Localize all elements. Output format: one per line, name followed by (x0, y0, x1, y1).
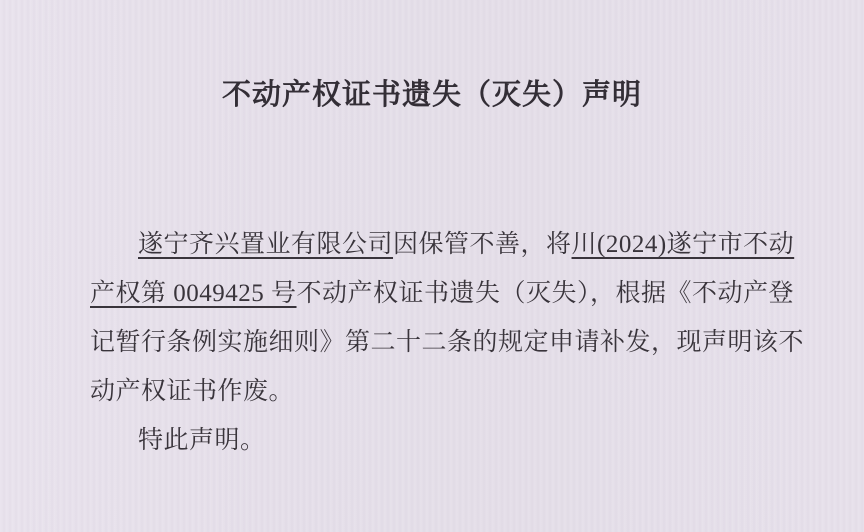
line-1-plain-text: 因保管不善，将 (393, 231, 572, 258)
line-2-plain-text: 不动产权证书遗失（灭失），根据《不动产登 (297, 280, 795, 307)
underlined-company-name: 遂宁齐兴置业有限公司 (138, 231, 393, 258)
scanned-document-page: 不动产权证书遗失（灭失）声明 遂宁齐兴置业有限公司因保管不善，将川(2024)遂… (0, 0, 864, 532)
paragraph-line-3: 记暂行条例实施细则》第二十二条的规定申请补发，现声明该不 (90, 318, 800, 367)
paragraph-line-5-closing-statement: 特此声明。 (90, 416, 800, 465)
underlined-certificate-number-part-1: 川(2024)遂宁市不动 (572, 231, 795, 258)
paragraph-line-4: 动产权证书作废。 (90, 367, 800, 416)
paragraph-line-1: 遂宁齐兴置业有限公司因保管不善，将川(2024)遂宁市不动 (90, 220, 800, 269)
paragraph-line-2: 产权第 0049425 号不动产权证书遗失（灭失），根据《不动产登 (90, 269, 800, 318)
document-title: 不动产权证书遗失（灭失）声明 (0, 72, 864, 113)
underlined-certificate-number-part-2: 产权第 0049425 号 (90, 280, 297, 307)
document-body: 遂宁齐兴置业有限公司因保管不善，将川(2024)遂宁市不动 产权第 004942… (90, 220, 800, 465)
